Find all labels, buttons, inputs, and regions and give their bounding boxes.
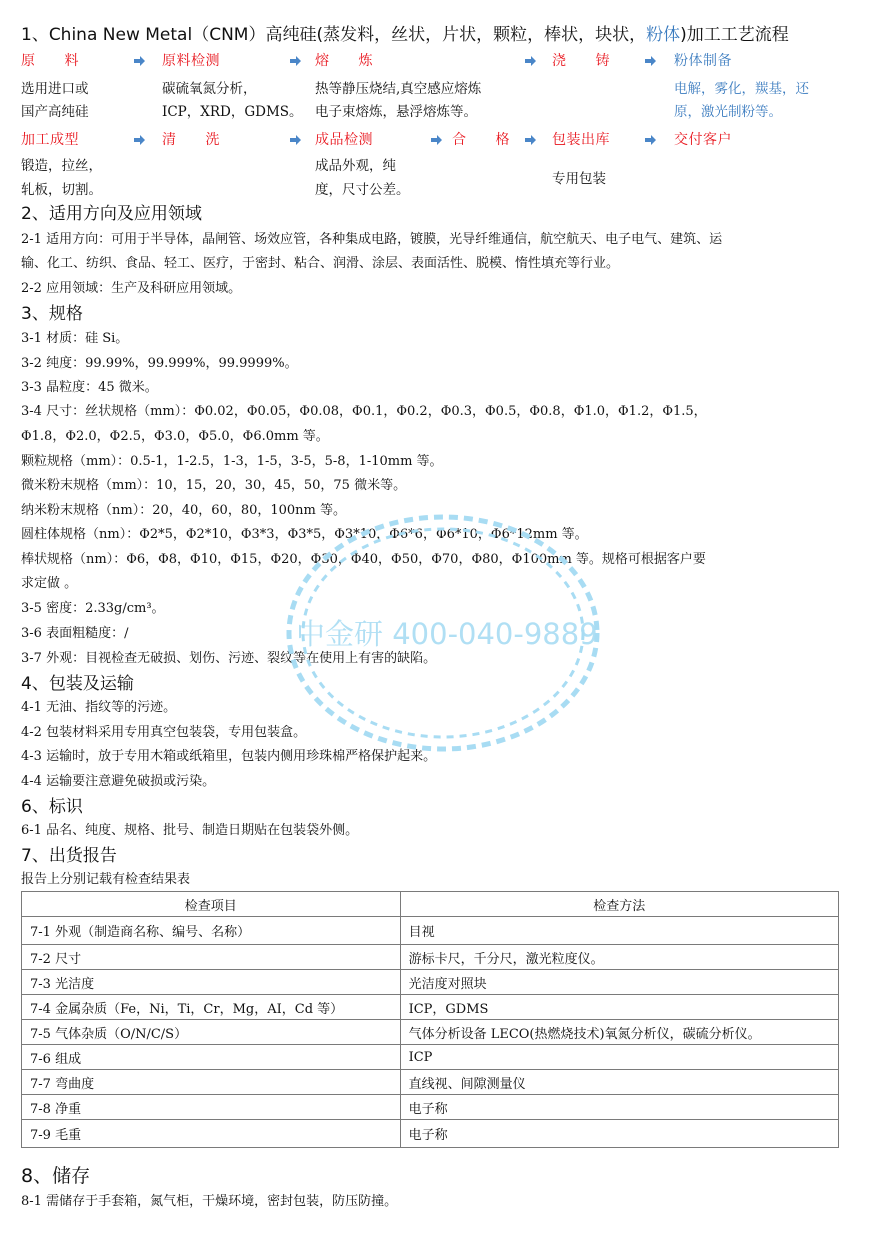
section-heading: 3、规格 [21, 303, 83, 325]
table-row: 7-3 光洁度 光洁度对照块 [22, 970, 839, 995]
right-arrow-icon [290, 55, 302, 67]
flow-step-smelting: 熔 炼 [315, 52, 373, 70]
table-cell: 光洁度对照块 [400, 970, 838, 995]
flow-desc: 碳硫氧氮分析， [162, 80, 257, 98]
column-header-method: 检查方法 [400, 892, 838, 917]
flow-desc: 锻造，拉丝， [21, 157, 102, 175]
section-heading: 2、适用方向及应用领域 [21, 203, 202, 225]
flow-desc: 原，激光制粉等。 [674, 103, 782, 121]
text-line: 6-1 品名、纯度、规格、批号、制造日期贴在包装袋外侧。 [21, 822, 358, 840]
text-line: 3-4 尺寸：丝状规格（mm）：Φ0.02，Φ0.05，Φ0.08，Φ0.1，Φ… [21, 403, 707, 421]
table-cell: 7-8 净重 [22, 1095, 401, 1120]
right-arrow-icon [525, 134, 537, 146]
flow-desc: 电解，雾化，羰基，还 [674, 80, 809, 98]
table-row: 7-2 尺寸 游标卡尺，千分尺，激光粒度仪。 [22, 945, 839, 970]
table-cell: 7-2 尺寸 [22, 945, 401, 970]
text-line: 纳米粉末规格（nm）：20，40，60，80，100nm 等。 [21, 502, 346, 520]
flow-desc: 国产高纯硅 [21, 103, 89, 121]
table-cell: ICP，GDMS [400, 995, 838, 1020]
flow-step-delivery: 交付客户 [674, 131, 732, 149]
section-heading: 4、包装及运输 [21, 673, 134, 695]
flow-step-material-inspection: 原料检测 [162, 52, 220, 70]
title-suffix: )加工工艺流程 [680, 25, 789, 45]
process-title: 1、China New Metal（CNM）高纯硅(蒸发料，丝状，片状，颗粒，棒… [21, 24, 789, 46]
title-prefix: 1、China New Metal（CNM）高纯硅(蒸发料，丝状，片状，颗粒，棒… [21, 25, 646, 45]
table-row: 7-8 净重 电子称 [22, 1095, 839, 1120]
table-cell: 气体分析设备 LECO(热燃烧技术)氧氮分析仪，碳硫分析仪。 [400, 1020, 838, 1045]
table-row: 7-6 组成 ICP [22, 1045, 839, 1070]
watermark-text: 中金研 400-040-9889 [296, 612, 598, 653]
inspection-table: 检查项目 检查方法 7-1 外观（制造商名称、编号、名称） 目视 7-2 尺寸 … [21, 891, 839, 1148]
text-line: 2-2 应用领域：生产及科研应用领域。 [21, 280, 241, 298]
table-row: 7-7 弯曲度 直线视、间隙测量仪 [22, 1070, 839, 1095]
table-row: 7-9 毛重 电子称 [22, 1120, 839, 1148]
table-row: 7-1 外观（制造商名称、编号、名称） 目视 [22, 917, 839, 945]
document-page: 1、China New Metal（CNM）高纯硅(蒸发料，丝状，片状，颗粒，棒… [0, 0, 890, 1258]
table-cell: 7-4 金属杂质（Fe，Ni，Ti，Cr，Mg，AI，Cd 等） [22, 995, 401, 1020]
table-header-row: 检查项目 检查方法 [22, 892, 839, 917]
text-line: 4-3 运输时，放于专用木箱或纸箱里，包装内侧用珍珠棉严格保护起来。 [21, 748, 436, 766]
text-line: 2-1 适用方向：可用于半导体，晶闸管、场效应管，各种集成电路，镀膜，光导纤维通… [21, 231, 722, 249]
flow-step-product-inspection: 成品检测 [315, 131, 373, 149]
text-line: 3-5 密度：2.33g/cm³。 [21, 600, 165, 618]
text-line: 圆柱体规格（nm）：Φ2*5，Φ2*10，Φ3*3，Φ3*5，Φ3*10，Φ6*… [21, 526, 588, 544]
flow-step-packing-outbound: 包装出库 [552, 131, 610, 149]
flow-desc: 轧板，切割。 [21, 181, 102, 199]
right-arrow-icon [645, 134, 657, 146]
flow-desc: 度，尺寸公差。 [315, 181, 410, 199]
flow-step-qualified: 合 格 [452, 131, 510, 149]
table-cell: 电子称 [400, 1120, 838, 1148]
flow-desc: 专用包装 [552, 170, 606, 188]
right-arrow-icon [134, 55, 146, 67]
text-line: 3-3 晶粒度：45 微米。 [21, 379, 158, 397]
table-cell: 7-6 组成 [22, 1045, 401, 1070]
text-line: 4-1 无油、指纹等的污迹。 [21, 699, 176, 717]
text-line: 棒状规格（nm）：Φ6，Φ8，Φ10，Φ15，Φ20，Φ30，Φ40，Φ50，Φ… [21, 551, 706, 569]
table-cell: 7-1 外观（制造商名称、编号、名称） [22, 917, 401, 945]
text-line: Φ1.8，Φ2.0，Φ2.5，Φ3.0，Φ5.0，Φ6.0mm 等。 [21, 428, 329, 446]
table-row: 7-4 金属杂质（Fe，Ni，Ti，Cr，Mg，AI，Cd 等） ICP，GDM… [22, 995, 839, 1020]
flow-step-cleaning: 清 洗 [162, 131, 220, 149]
right-arrow-icon [134, 134, 146, 146]
flow-step-raw-material: 原 料 [21, 52, 79, 70]
text-line: 3-2 纯度：99.99%，99.999%，99.9999%。 [21, 355, 298, 373]
text-line: 求定做 。 [21, 575, 77, 593]
flow-step-forming: 加工成型 [21, 131, 79, 149]
text-line: 3-1 材质：硅 Si。 [21, 330, 128, 348]
text-line: 输、化工、纺织、食品、轻工、医疗，于密封、粘合、润滑、涂层、表面活性、脱模、惰性… [21, 255, 619, 273]
text-line: 4-4 运输要注意避免破损或污染。 [21, 773, 215, 791]
flow-desc: 选用进口或 [21, 80, 89, 98]
right-arrow-icon [431, 134, 443, 146]
table-cell: 7-9 毛重 [22, 1120, 401, 1148]
flow-step-powder-prep: 粉体制备 [674, 52, 732, 70]
table-cell: 目视 [400, 917, 838, 945]
section-heading: 6、标识 [21, 796, 83, 818]
table-cell: 7-3 光洁度 [22, 970, 401, 995]
flow-desc: ICP，XRD，GDMS。 [162, 103, 303, 121]
table-caption: 报告上分别记载有检查结果表 [21, 871, 190, 889]
right-arrow-icon [525, 55, 537, 67]
table-cell: 7-5 气体杂质（O/N/C/S） [22, 1020, 401, 1045]
text-line: 微米粉末规格（mm）：10，15，20，30，45，50，75 微米等。 [21, 477, 406, 495]
text-line: 颗粒规格（mm）：0.5-1，1-2.5，1-3，1-5，3-5，5-8，1-1… [21, 453, 443, 471]
table-cell: 游标卡尺，千分尺，激光粒度仪。 [400, 945, 838, 970]
flow-desc: 电子束熔炼，悬浮熔炼等。 [315, 103, 477, 121]
column-header-item: 检查项目 [22, 892, 401, 917]
table-cell: 电子称 [400, 1095, 838, 1120]
flow-desc: 热等静压烧结,真空感应熔炼 [315, 80, 481, 98]
text-line: 4-2 包装材料采用专用真空包装袋，专用包装盒。 [21, 724, 306, 742]
table-cell: 7-7 弯曲度 [22, 1070, 401, 1095]
table-cell: ICP [400, 1045, 838, 1070]
table-row: 7-5 气体杂质（O/N/C/S） 气体分析设备 LECO(热燃烧技术)氧氮分析… [22, 1020, 839, 1045]
title-highlight: 粉体 [646, 25, 680, 45]
flow-desc: 成品外观，纯 [315, 157, 396, 175]
text-line: 3-6 表面粗糙度：/ [21, 625, 128, 643]
table-cell: 直线视、间隙测量仪 [400, 1070, 838, 1095]
section-heading: 8、储存 [21, 1165, 90, 1187]
flow-step-casting: 浇 铸 [552, 52, 610, 70]
right-arrow-icon [290, 134, 302, 146]
section-heading: 7、出货报告 [21, 845, 117, 867]
text-line: 8-1 需储存于手套箱，氮气柜，干燥环境，密封包装，防压防撞。 [21, 1193, 397, 1211]
right-arrow-icon [645, 55, 657, 67]
